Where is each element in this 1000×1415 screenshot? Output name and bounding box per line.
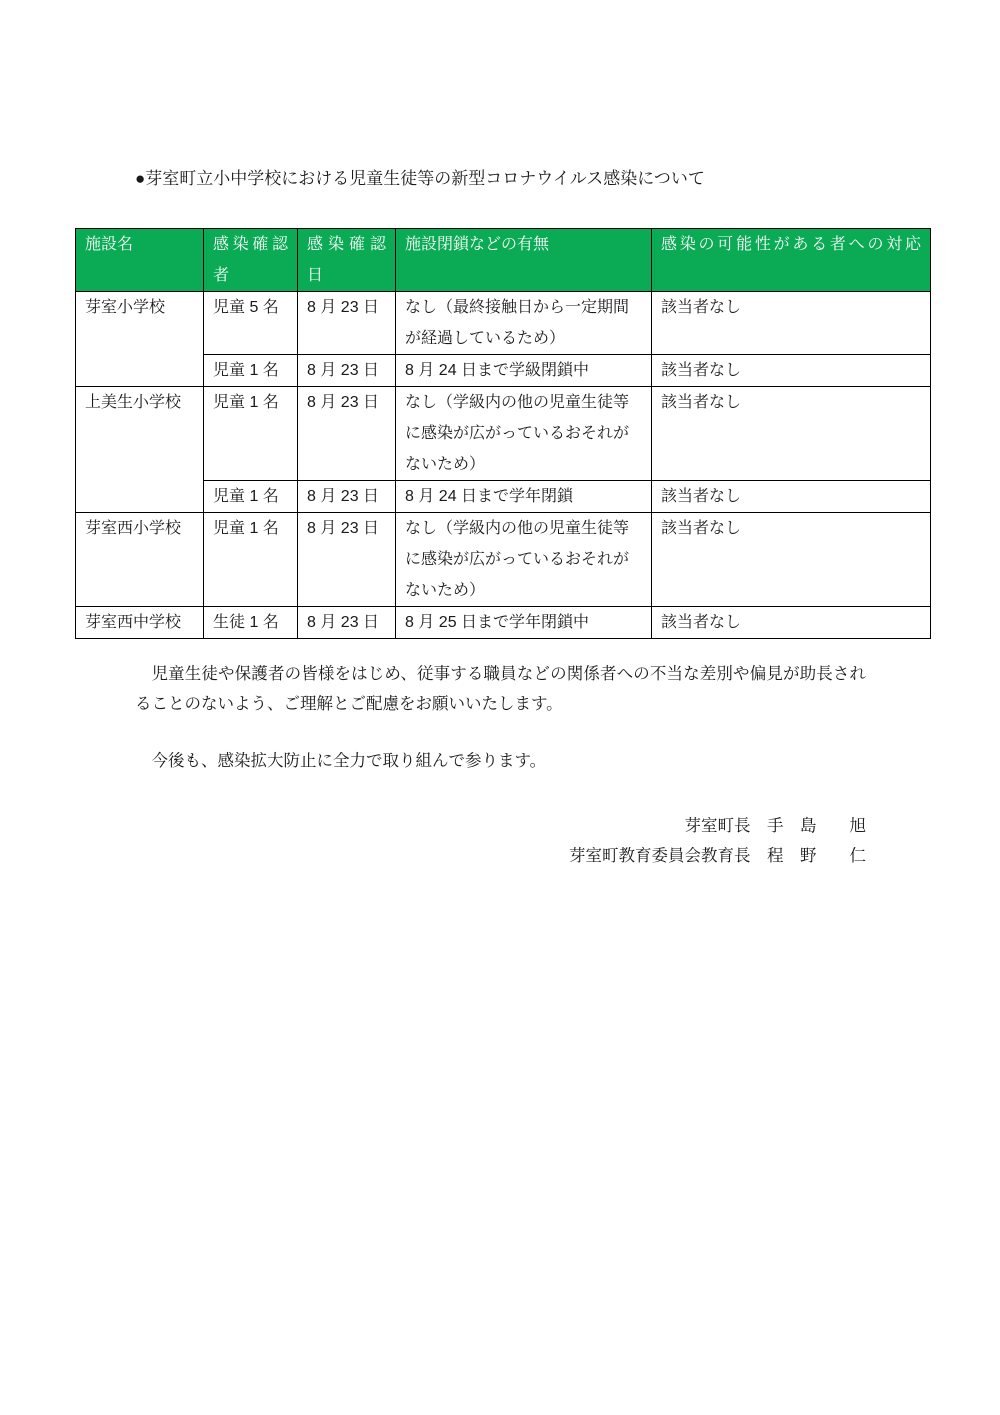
- table-row: 芽室西中学校 生徒 1 名 8 月 23 日 8 月 25 日まで学年閉鎖中 該…: [76, 607, 931, 639]
- cell-closure: 8 月 24 日まで学年閉鎖: [396, 481, 652, 513]
- cell-response: 該当者なし: [652, 387, 931, 481]
- table-header-row: 施設名 感染確認者 感染確認日 施設閉鎖などの有無 感染の可能性がある者への対応: [76, 229, 931, 292]
- table-row: 児童 1 名 8 月 23 日 8 月 24 日まで学年閉鎖 該当者なし: [76, 481, 931, 513]
- table-row: 芽室西小学校 児童 1 名 8 月 23 日 なし（学級内の他の児童生徒等に感染…: [76, 513, 931, 607]
- cell-cases: 児童 1 名: [204, 513, 298, 607]
- table-row: 芽室小学校 児童 5 名 8 月 23 日 なし（最終接触日から一定期間が経過し…: [76, 292, 931, 355]
- cell-closure: 8 月 24 日まで学級閉鎖中: [396, 355, 652, 387]
- header-confirmed-persons: 感染確認者: [204, 229, 298, 292]
- cell-response: 該当者なし: [652, 355, 931, 387]
- cell-response: 該当者なし: [652, 292, 931, 355]
- signature-block: 芽室町長 手 島 旭 芽室町教育委員会教育長 程 野 仁: [135, 811, 866, 871]
- cell-date: 8 月 23 日: [298, 355, 396, 387]
- document-title: ●芽室町立小中学校における児童生徒等の新型コロナウイルス感染について: [135, 166, 705, 192]
- cell-date: 8 月 23 日: [298, 292, 396, 355]
- discrimination-notice-paragraph: 児童生徒や保護者の皆様をはじめ、従事する職員などの関係者への不当な差別や偏見が助…: [135, 659, 866, 719]
- cell-facility: 上美生小学校: [76, 387, 204, 513]
- infection-table: 施設名 感染確認者 感染確認日 施設閉鎖などの有無 感染の可能性がある者への対応…: [75, 228, 931, 639]
- cell-cases: 児童 1 名: [204, 355, 298, 387]
- cell-closure: なし（学級内の他の児童生徒等に感染が広がっているおそれがないため）: [396, 513, 652, 607]
- cell-date: 8 月 23 日: [298, 387, 396, 481]
- cell-cases: 児童 5 名: [204, 292, 298, 355]
- header-closure-status: 施設閉鎖などの有無: [396, 229, 652, 292]
- cell-cases: 生徒 1 名: [204, 607, 298, 639]
- header-facility-name: 施設名: [76, 229, 204, 292]
- cell-response: 該当者なし: [652, 513, 931, 607]
- table-row: 上美生小学校 児童 1 名 8 月 23 日 なし（学級内の他の児童生徒等に感染…: [76, 387, 931, 481]
- cell-date: 8 月 23 日: [298, 513, 396, 607]
- table-row: 児童 1 名 8 月 23 日 8 月 24 日まで学級閉鎖中 該当者なし: [76, 355, 931, 387]
- cell-cases: 児童 1 名: [204, 481, 298, 513]
- cell-closure: なし（学級内の他の児童生徒等に感染が広がっているおそれがないため）: [396, 387, 652, 481]
- cell-response: 該当者なし: [652, 481, 931, 513]
- cell-response: 該当者なし: [652, 607, 931, 639]
- page: { "page": { "background": "#ffffff" }, "…: [0, 0, 1000, 1415]
- cell-date: 8 月 23 日: [298, 607, 396, 639]
- cell-closure: 8 月 25 日まで学年閉鎖中: [396, 607, 652, 639]
- header-contact-response: 感染の可能性がある者への対応: [652, 229, 931, 292]
- cell-date: 8 月 23 日: [298, 481, 396, 513]
- signature-mayor: 芽室町長 手 島 旭: [135, 811, 866, 841]
- cell-cases: 児童 1 名: [204, 387, 298, 481]
- cell-facility: 芽室小学校: [76, 292, 204, 387]
- cell-facility: 芽室西中学校: [76, 607, 204, 639]
- signature-superintendent: 芽室町教育委員会教育長 程 野 仁: [135, 841, 866, 871]
- cell-facility: 芽室西小学校: [76, 513, 204, 607]
- header-confirmed-date: 感染確認日: [298, 229, 396, 292]
- prevention-commitment-paragraph: 今後も、感染拡大防止に全力で取り組んで参ります。: [135, 746, 866, 776]
- cell-closure: なし（最終接触日から一定期間が経過しているため）: [396, 292, 652, 355]
